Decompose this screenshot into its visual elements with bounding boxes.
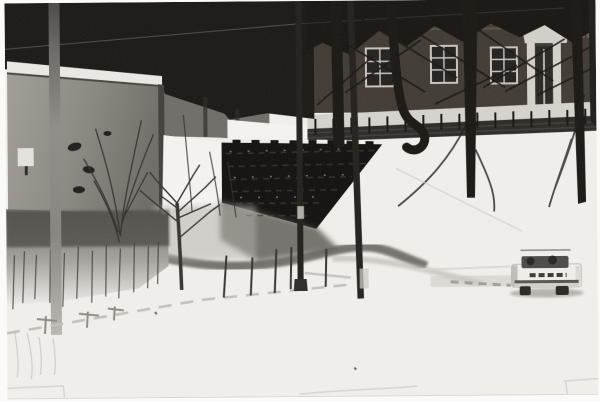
film-grain bbox=[4, 0, 598, 399]
photo-scene bbox=[4, 0, 598, 399]
scanned-photo-page bbox=[0, 0, 600, 402]
photograph bbox=[4, 0, 598, 399]
